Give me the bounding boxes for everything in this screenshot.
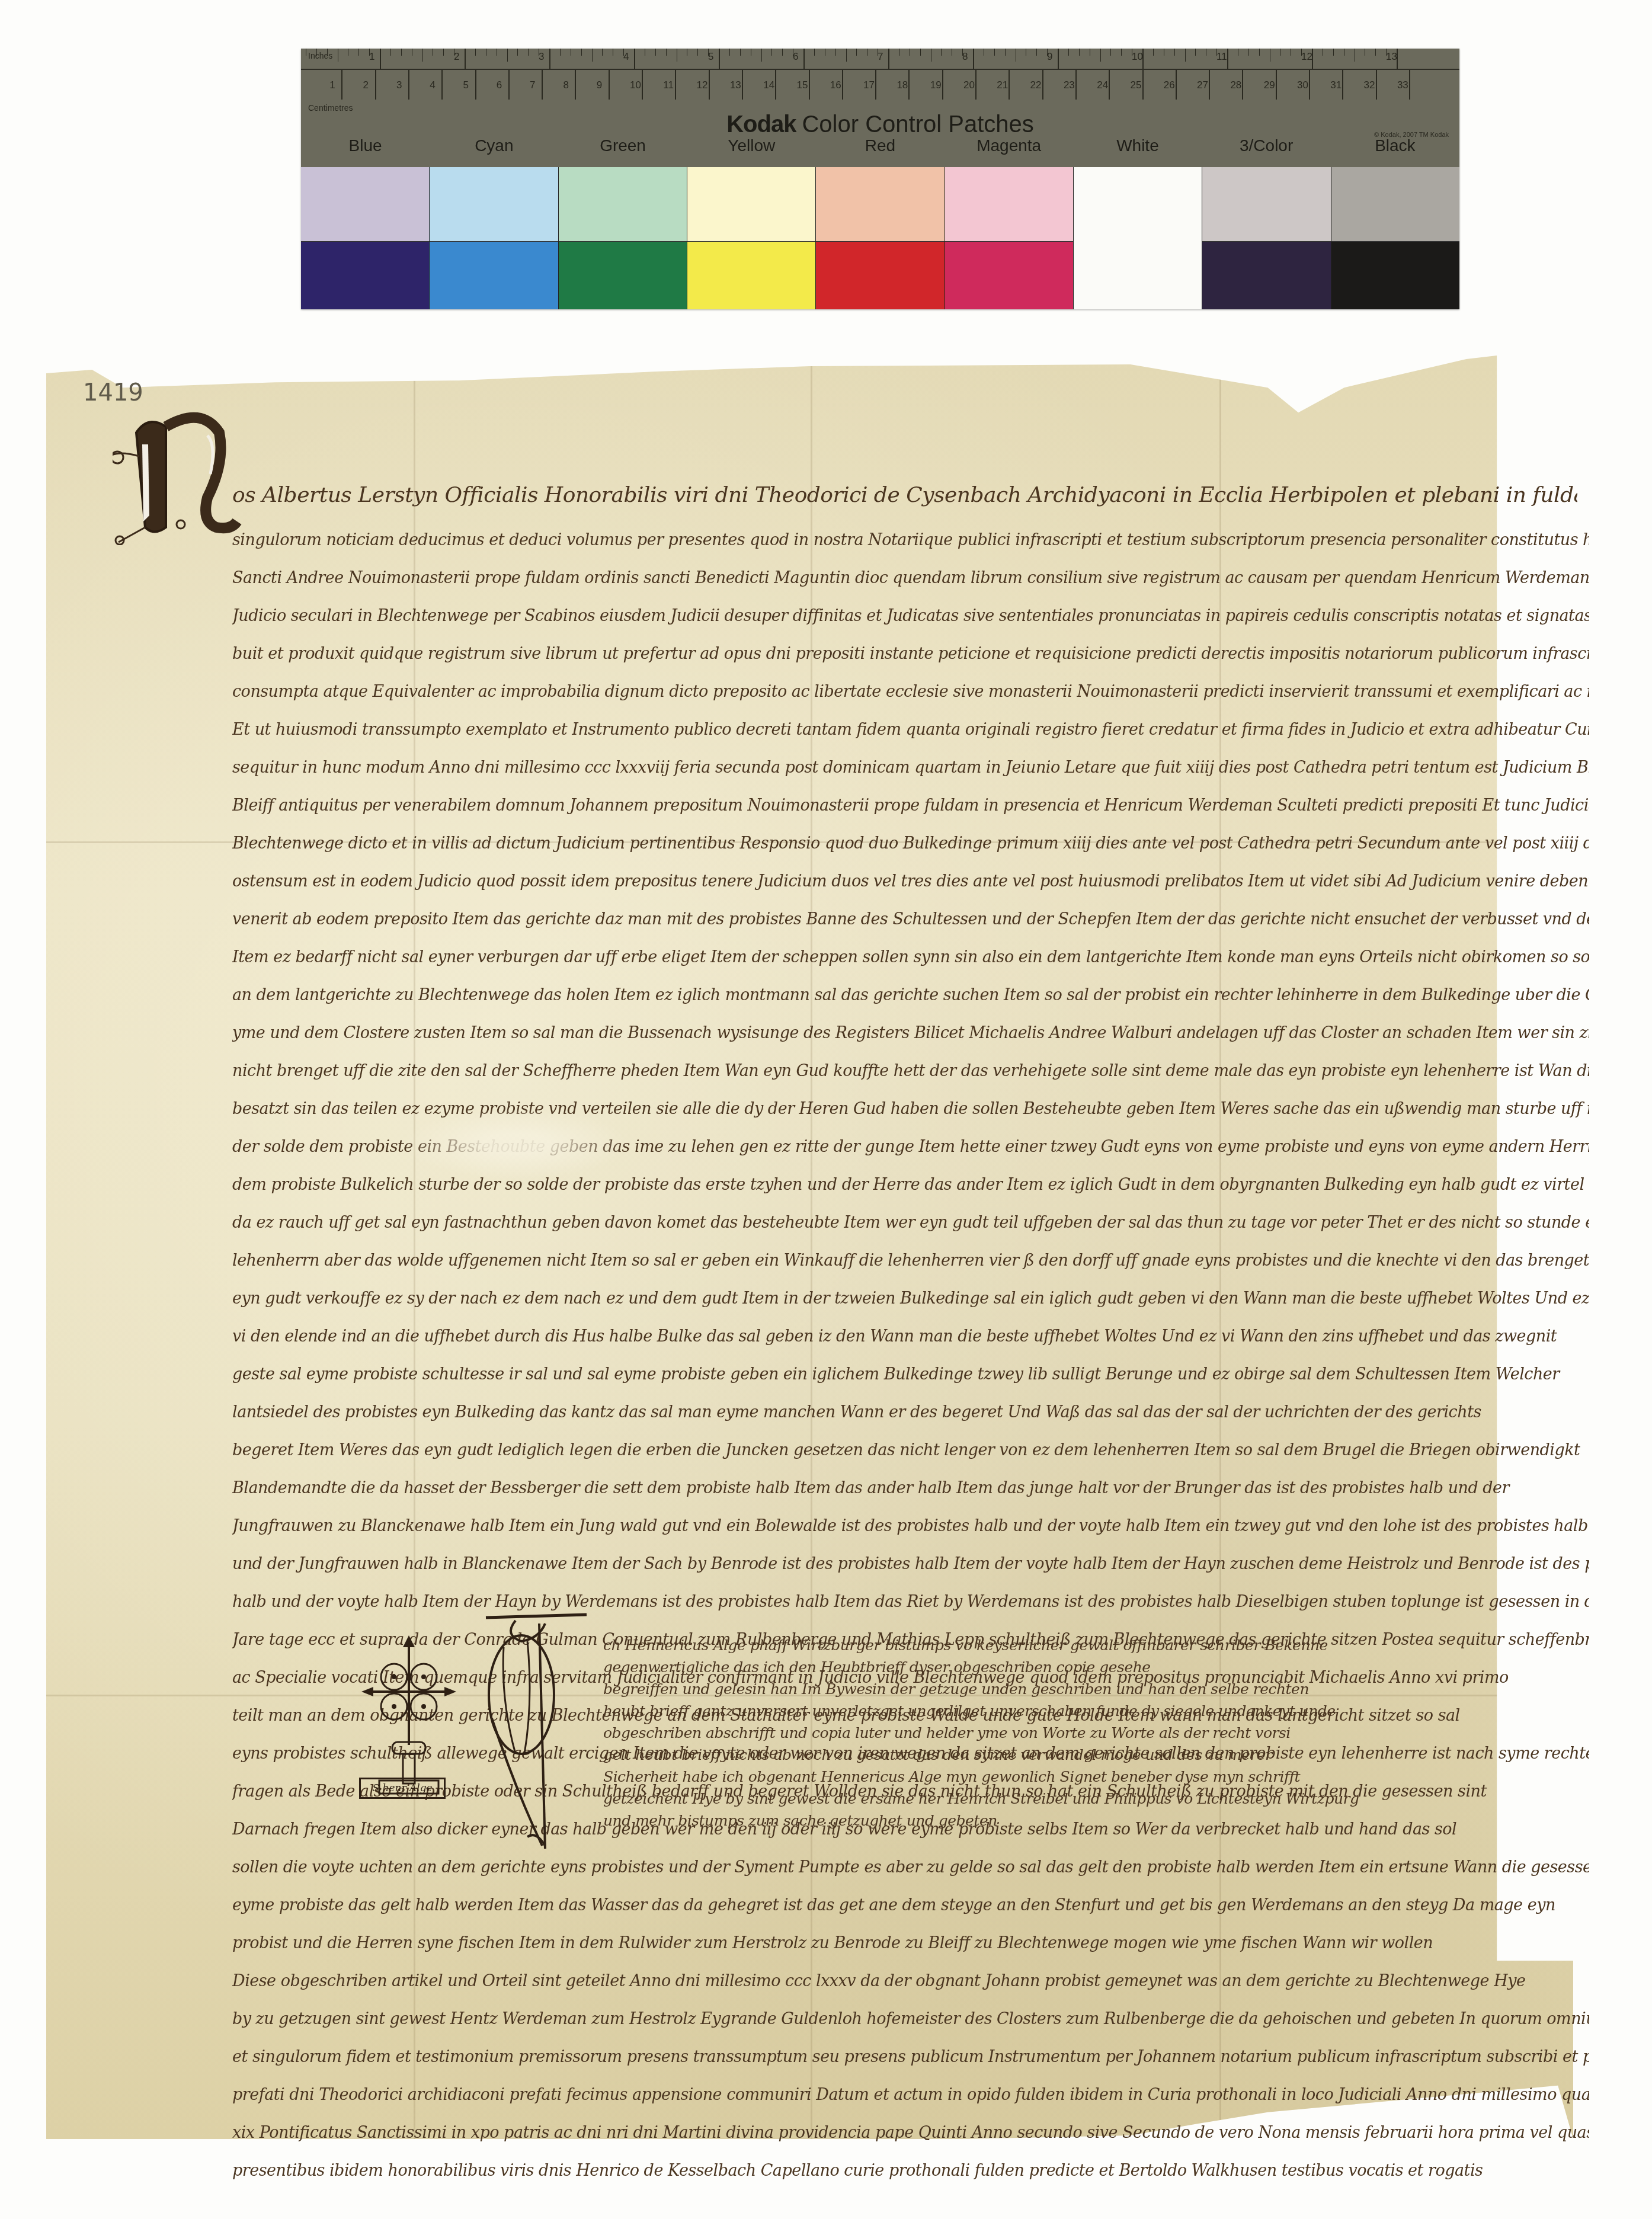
inch-tick bbox=[1227, 49, 1228, 69]
inch-minor-tick bbox=[1344, 49, 1344, 56]
attestation-line: ch Hennericus Alge phaff Wirtzburger bis… bbox=[603, 1634, 1474, 1656]
cm-number: 15 bbox=[797, 79, 808, 91]
inch-minor-tick bbox=[867, 49, 867, 56]
text-line: geste sal eyme probiste schultesse ir sa… bbox=[232, 1356, 1589, 1394]
cm-tick bbox=[809, 70, 810, 100]
light-patch bbox=[430, 167, 558, 242]
patch-labels: Blue Cyan Green Yellow Red Magenta White… bbox=[301, 136, 1459, 162]
inch-minor-tick bbox=[910, 49, 910, 56]
inch-minor-tick bbox=[751, 49, 751, 56]
cm-tick bbox=[742, 70, 743, 100]
inch-number: 8 bbox=[962, 51, 968, 63]
cm-number: 32 bbox=[1364, 79, 1375, 91]
inch-tick bbox=[380, 49, 381, 69]
cm-tick bbox=[575, 70, 576, 100]
cm-number: 31 bbox=[1330, 79, 1342, 91]
cm-tick bbox=[1009, 70, 1010, 100]
cm-number: 17 bbox=[863, 79, 875, 91]
inch-tick bbox=[1058, 49, 1059, 69]
inch-minor-tick bbox=[920, 49, 921, 56]
attestation-line: obgeschriben abschrifft und copia luter … bbox=[603, 1722, 1474, 1744]
cm-tick bbox=[508, 70, 510, 100]
inch-minor-tick bbox=[708, 49, 709, 56]
cm-number: 7 bbox=[530, 79, 535, 91]
inch-minor-tick bbox=[677, 49, 677, 62]
inch-minor-tick bbox=[1185, 49, 1186, 62]
inch-number: 3 bbox=[539, 51, 544, 63]
cm-number: 3 bbox=[396, 79, 402, 91]
dark-patch bbox=[301, 242, 429, 309]
inch-minor-tick bbox=[348, 49, 348, 56]
inch-minor-tick bbox=[623, 49, 624, 56]
color-patch-yellow bbox=[687, 167, 816, 309]
inch-number: 7 bbox=[878, 51, 883, 63]
attestation-line: gegenwertigliche das ich den Heubtbrieff… bbox=[603, 1656, 1474, 1678]
cm-number: 29 bbox=[1264, 79, 1275, 91]
inch-minor-tick bbox=[507, 49, 508, 62]
dark-patch bbox=[1202, 242, 1330, 309]
cm-tick bbox=[675, 70, 676, 100]
inch-scale: 12345678910111213 bbox=[301, 49, 1459, 70]
cm-tick bbox=[1209, 70, 1210, 100]
inch-number: 13 bbox=[1386, 51, 1397, 63]
inch-minor-tick bbox=[740, 49, 741, 56]
cm-number: 10 bbox=[630, 79, 641, 91]
ruler: 12345678910111213 1234567891011121314151… bbox=[301, 49, 1459, 102]
inch-minor-tick bbox=[369, 49, 370, 56]
inch-minor-tick bbox=[412, 49, 412, 56]
cm-number: 18 bbox=[897, 79, 908, 91]
inch-minor-tick bbox=[952, 49, 952, 56]
inch-tick bbox=[549, 49, 550, 69]
inch-minor-tick bbox=[1291, 49, 1291, 56]
inch-minor-tick bbox=[517, 49, 518, 56]
patch-label: Magenta bbox=[945, 136, 1073, 162]
inch-minor-tick bbox=[1375, 49, 1376, 56]
notarial-attestation: ch Hennericus Alge phaff Wirtzburger bis… bbox=[603, 1634, 1474, 1831]
inch-minor-tick bbox=[666, 49, 667, 56]
inch-minor-tick bbox=[486, 49, 486, 56]
patch-label: Yellow bbox=[687, 136, 816, 162]
light-patch bbox=[687, 167, 815, 242]
light-patch bbox=[1074, 167, 1202, 241]
text-line: consumpta atque Equivalenter ac improbab… bbox=[232, 673, 1589, 711]
decorated-initial-i-icon bbox=[480, 1612, 587, 1861]
inch-minor-tick bbox=[539, 49, 539, 56]
inch-minor-tick bbox=[1174, 49, 1175, 56]
text-line: by zu getzugen sint gewest Hentz Werdema… bbox=[232, 2000, 1589, 2038]
inch-minor-tick bbox=[856, 49, 857, 56]
patch-label: White bbox=[1073, 136, 1202, 162]
text-line: vi den elende ind an die uffhebet durch … bbox=[232, 1318, 1589, 1356]
inch-number: 6 bbox=[793, 51, 798, 63]
inch-minor-tick bbox=[1216, 49, 1217, 56]
inch-minor-tick bbox=[1238, 49, 1238, 56]
inch-minor-tick bbox=[1110, 49, 1111, 56]
dark-patch bbox=[430, 242, 558, 309]
inch-minor-tick bbox=[761, 49, 762, 62]
inch-minor-tick bbox=[475, 49, 476, 56]
cm-number: 22 bbox=[1030, 79, 1042, 91]
inch-tick bbox=[634, 49, 635, 69]
color-patch-black bbox=[1331, 167, 1459, 309]
inch-tick bbox=[973, 49, 974, 69]
inch-minor-tick bbox=[1259, 49, 1260, 56]
inch-tick bbox=[888, 49, 889, 69]
text-line: et singulorum fidem et testimonium premi… bbox=[232, 2038, 1589, 2076]
inch-minor-tick bbox=[613, 49, 613, 56]
centimetre-scale: 1234567891011121314151617181920212223242… bbox=[301, 70, 1459, 100]
inch-minor-tick bbox=[931, 49, 931, 62]
charter-body: singulorum noticiam deducimus et deduci … bbox=[232, 521, 1589, 2190]
inch-minor-tick bbox=[814, 49, 815, 56]
text-line: presentibus ibidem honorabilibus viris d… bbox=[232, 2152, 1589, 2190]
inch-number: 12 bbox=[1301, 51, 1312, 63]
inch-minor-tick bbox=[697, 49, 698, 56]
text-line: buit et produxit quidque registrum sive … bbox=[232, 635, 1589, 673]
inch-minor-tick bbox=[1068, 49, 1069, 56]
cm-tick bbox=[1409, 70, 1410, 100]
inch-minor-tick bbox=[422, 49, 423, 62]
color-patch-white bbox=[1074, 167, 1202, 309]
cm-tick bbox=[1109, 70, 1110, 100]
cm-tick bbox=[1309, 70, 1310, 100]
inch-minor-tick bbox=[1365, 49, 1365, 56]
inch-minor-tick bbox=[1301, 49, 1302, 56]
inch-number: 10 bbox=[1132, 51, 1143, 63]
inch-minor-tick bbox=[771, 49, 772, 56]
inches-label: Inches bbox=[308, 51, 332, 60]
text-line: Sancti Andree Nouimonasterii prope fulda… bbox=[232, 559, 1589, 597]
inch-minor-tick bbox=[1132, 49, 1132, 56]
inch-minor-tick bbox=[581, 49, 582, 56]
inch-minor-tick bbox=[1270, 49, 1270, 62]
inch-minor-tick bbox=[497, 49, 497, 56]
cm-tick bbox=[408, 70, 409, 100]
inch-minor-tick bbox=[1047, 49, 1048, 56]
kodak-color-target: 12345678910111213 1234567891011121314151… bbox=[301, 49, 1459, 309]
text-line: Judicio seculari in Blechtenwege per Sca… bbox=[232, 597, 1589, 635]
inch-number: 4 bbox=[623, 51, 629, 63]
inch-minor-tick bbox=[835, 49, 836, 56]
inch-minor-tick bbox=[846, 49, 847, 62]
text-line: ostensum est in eodem Judicio quod possi… bbox=[232, 863, 1589, 901]
cm-number: 9 bbox=[597, 79, 602, 91]
color-patch-magenta bbox=[945, 167, 1074, 309]
cm-tick bbox=[1142, 70, 1144, 100]
decorated-initial-n bbox=[113, 409, 231, 533]
cm-tick bbox=[1342, 70, 1343, 100]
text-line: sollen die voyte uchten an dem gerichte … bbox=[232, 1849, 1589, 1887]
notarial-sign-label: S henr Alge bbox=[359, 1778, 446, 1799]
cm-number: 11 bbox=[663, 79, 674, 91]
cm-tick bbox=[542, 70, 543, 100]
inch-minor-tick bbox=[1079, 49, 1080, 56]
text-line: venerit ab eodem preposito Item das geri… bbox=[232, 901, 1589, 939]
inch-minor-tick bbox=[1355, 49, 1355, 62]
text-line: nicht brenget uff die zite den sal der S… bbox=[232, 1052, 1589, 1090]
dark-patch bbox=[1331, 242, 1459, 309]
cm-number: 2 bbox=[363, 79, 369, 91]
light-patch bbox=[1331, 167, 1459, 242]
inch-minor-tick bbox=[592, 49, 593, 62]
archive-number: 1419 bbox=[83, 379, 143, 406]
cm-number: 5 bbox=[463, 79, 469, 91]
cm-number: 4 bbox=[430, 79, 435, 91]
text-line: lantsiedel des probistes eyn Bulkeding d… bbox=[232, 1394, 1589, 1432]
dark-patch bbox=[945, 242, 1073, 309]
cm-tick bbox=[1376, 70, 1377, 100]
text-line: Item ez bedarff nicht sal eyner verburge… bbox=[232, 939, 1589, 976]
text-line: singulorum noticiam deducimus et deduci … bbox=[232, 521, 1589, 559]
initial-n-icon bbox=[113, 409, 243, 545]
inch-minor-tick bbox=[994, 49, 995, 56]
text-line: Blandemandte die da hasset der Bessberge… bbox=[232, 1469, 1589, 1507]
cm-tick bbox=[775, 70, 776, 100]
inch-minor-tick bbox=[401, 49, 402, 56]
inch-tick bbox=[465, 49, 466, 69]
cm-number: 12 bbox=[697, 79, 708, 91]
inch-minor-tick bbox=[602, 49, 603, 56]
cm-tick bbox=[908, 70, 910, 100]
inch-minor-tick bbox=[941, 49, 942, 56]
inch-minor-tick bbox=[1153, 49, 1154, 56]
cm-tick bbox=[1176, 70, 1177, 100]
target-title-text: Color Control Patches bbox=[802, 111, 1033, 137]
kodak-logo: Kodak bbox=[726, 111, 796, 137]
text-line: sequitur in hunc modum Anno dni millesim… bbox=[232, 749, 1589, 787]
cm-number: 30 bbox=[1297, 79, 1308, 91]
inch-minor-tick bbox=[338, 49, 338, 62]
cm-number: 33 bbox=[1397, 79, 1408, 91]
inch-minor-tick bbox=[878, 49, 878, 56]
text-line: da ez rauch uff get sal eyn fastnachthun… bbox=[232, 1204, 1589, 1242]
cm-tick bbox=[642, 70, 643, 100]
cm-tick bbox=[609, 70, 610, 100]
cm-tick bbox=[942, 70, 943, 100]
patch-label: Red bbox=[816, 136, 945, 162]
light-patch bbox=[559, 167, 687, 242]
cm-tick bbox=[842, 70, 843, 100]
inch-minor-tick bbox=[984, 49, 984, 56]
inch-minor-tick bbox=[1026, 49, 1026, 56]
cm-number: 16 bbox=[830, 79, 841, 91]
cm-tick bbox=[1242, 70, 1243, 100]
text-line: und der Jungfrauwen halb in Blanckenawe … bbox=[232, 1545, 1589, 1583]
dark-patch bbox=[687, 242, 815, 309]
color-patch-red bbox=[816, 167, 945, 309]
attestation-line: begreiffen und gelesin han Im Bywesin de… bbox=[603, 1678, 1474, 1700]
inch-number: 9 bbox=[1047, 51, 1052, 63]
attestation-line: Sicherheit habe ich obgenant Hennericus … bbox=[603, 1766, 1474, 1788]
inch-minor-tick bbox=[899, 49, 899, 56]
cm-number: 1 bbox=[329, 79, 335, 91]
dark-patch bbox=[559, 242, 687, 309]
inch-minor-tick bbox=[528, 49, 529, 56]
inch-minor-tick bbox=[962, 49, 963, 56]
text-line: Diese obgeschriben artikel und Orteil si… bbox=[232, 1962, 1589, 2000]
inch-minor-tick bbox=[655, 49, 656, 56]
inch-minor-tick bbox=[1016, 49, 1016, 62]
inch-minor-tick bbox=[793, 49, 793, 56]
light-patch bbox=[816, 167, 944, 242]
text-line: begeret Item Weres das eyn gudt lediglic… bbox=[232, 1432, 1589, 1469]
text-line: yme und dem Clostere zusten Item so sal … bbox=[232, 1014, 1589, 1052]
inch-minor-tick bbox=[1248, 49, 1249, 56]
parchment-damage bbox=[403, 1108, 628, 1179]
cm-number: 26 bbox=[1164, 79, 1175, 91]
attestation-line: heubt brieff gantz unversert unverletzge… bbox=[603, 1700, 1474, 1722]
cm-tick bbox=[709, 70, 710, 100]
dark-patch bbox=[816, 242, 944, 309]
inch-minor-tick bbox=[1386, 49, 1387, 56]
text-line: eyn gudt verkouffe ez sy der nach ez dem… bbox=[232, 1280, 1589, 1318]
cm-tick bbox=[975, 70, 977, 100]
inch-minor-tick bbox=[729, 49, 730, 56]
text-line: os Albertus Lerstyn Officialis Honorabil… bbox=[232, 477, 1577, 514]
text-line: Blechtenwege dicto et in villis ad dictu… bbox=[232, 825, 1589, 863]
text-line: halb und der voyte halb Item der Hayn by… bbox=[232, 1583, 1589, 1621]
cm-number: 20 bbox=[963, 79, 975, 91]
text-line: prefati dni Theodorici archidiaconi pref… bbox=[232, 2076, 1589, 2114]
cm-tick bbox=[1075, 70, 1077, 100]
cm-number: 21 bbox=[997, 79, 1008, 91]
cm-number: 6 bbox=[497, 79, 502, 91]
text-line: Et ut huiusmodi transsumpto exemplato et… bbox=[232, 711, 1589, 749]
cm-number: 24 bbox=[1097, 79, 1108, 91]
opening-line: os Albertus Lerstyn Officialis Honorabil… bbox=[232, 477, 1577, 514]
inch-minor-tick bbox=[454, 49, 454, 56]
dark-patch bbox=[1074, 241, 1202, 309]
inch-minor-tick bbox=[1333, 49, 1334, 56]
cm-tick bbox=[341, 70, 342, 100]
attestation-line: und mehr bistumps zum sache getzughet un… bbox=[603, 1810, 1474, 1831]
cm-number: 19 bbox=[930, 79, 942, 91]
inch-minor-tick bbox=[1280, 49, 1280, 56]
inch-number: 1 bbox=[369, 51, 374, 63]
cm-number: 27 bbox=[1197, 79, 1208, 91]
inch-minor-tick bbox=[1100, 49, 1101, 62]
inch-minor-tick bbox=[687, 49, 687, 56]
color-patches bbox=[301, 167, 1459, 309]
text-line: probist und die Herren syne fischen Item… bbox=[232, 1925, 1589, 1962]
inch-minor-tick bbox=[443, 49, 444, 56]
inch-minor-tick bbox=[560, 49, 561, 56]
cm-number: 23 bbox=[1064, 79, 1075, 91]
patch-label: 3/Color bbox=[1202, 136, 1331, 162]
inch-number: 5 bbox=[708, 51, 713, 63]
color-patch-blue bbox=[301, 167, 430, 309]
cm-tick bbox=[375, 70, 376, 100]
text-line: Bleiff antiquitus per venerabilem domnum… bbox=[232, 787, 1589, 825]
text-line: xix Pontificatus Sanctissimi in xpo patr… bbox=[232, 2114, 1589, 2152]
inch-minor-tick bbox=[1121, 49, 1122, 56]
inch-minor-tick bbox=[1036, 49, 1037, 56]
inch-tick bbox=[719, 49, 720, 69]
target-title: KodakColor Control Patches bbox=[301, 111, 1459, 138]
inch-minor-tick bbox=[825, 49, 825, 56]
cm-number: 14 bbox=[763, 79, 774, 91]
text-line: an dem lantgerichte zu Blechtenwege das … bbox=[232, 976, 1589, 1014]
inch-minor-tick bbox=[390, 49, 391, 56]
patch-label: Cyan bbox=[430, 136, 558, 162]
text-line: lehenherrn aber das wolde uffgenemen nic… bbox=[232, 1242, 1589, 1280]
text-line: Jungfrauwen zu Blanckenawe halb Item ein… bbox=[232, 1507, 1589, 1545]
light-patch bbox=[301, 167, 429, 242]
inch-minor-tick bbox=[571, 49, 571, 56]
cm-number: 28 bbox=[1230, 79, 1241, 91]
inch-minor-tick bbox=[358, 49, 359, 56]
attestation-line: gelt heubt brieff nichts ab noch zu gesa… bbox=[603, 1744, 1474, 1766]
inch-minor-tick bbox=[1206, 49, 1206, 56]
inch-number: 11 bbox=[1216, 51, 1227, 63]
inch-minor-tick bbox=[1005, 49, 1006, 56]
color-patch-green bbox=[559, 167, 687, 309]
cm-number: 25 bbox=[1131, 79, 1142, 91]
inch-number: 2 bbox=[454, 51, 459, 63]
color-patch-3-color bbox=[1202, 167, 1331, 309]
patch-label: Blue bbox=[301, 136, 430, 162]
cm-tick bbox=[1042, 70, 1043, 100]
inch-minor-tick bbox=[645, 49, 645, 56]
patch-label: Green bbox=[558, 136, 687, 162]
inch-minor-tick bbox=[782, 49, 783, 56]
cm-tick bbox=[1276, 70, 1277, 100]
inch-minor-tick bbox=[1323, 49, 1323, 56]
cm-number: 13 bbox=[730, 79, 741, 91]
inch-minor-tick bbox=[1164, 49, 1164, 56]
color-patch-cyan bbox=[430, 167, 558, 309]
inch-minor-tick bbox=[1195, 49, 1196, 56]
text-line: eyme probiste das gelt halb werden Item … bbox=[232, 1887, 1589, 1925]
inch-minor-tick bbox=[306, 49, 306, 56]
cm-tick bbox=[475, 70, 476, 100]
cm-number: 8 bbox=[563, 79, 568, 91]
light-patch bbox=[1202, 167, 1330, 242]
inch-minor-tick bbox=[1090, 49, 1090, 56]
patch-label: Black bbox=[1331, 136, 1459, 162]
attestation-line: getzeichent Hye by sint gewest die ersam… bbox=[603, 1788, 1474, 1810]
cm-tick bbox=[875, 70, 876, 100]
light-patch bbox=[945, 167, 1073, 242]
cm-tick bbox=[441, 70, 443, 100]
inch-minor-tick bbox=[433, 49, 433, 56]
inch-tick bbox=[803, 49, 805, 69]
